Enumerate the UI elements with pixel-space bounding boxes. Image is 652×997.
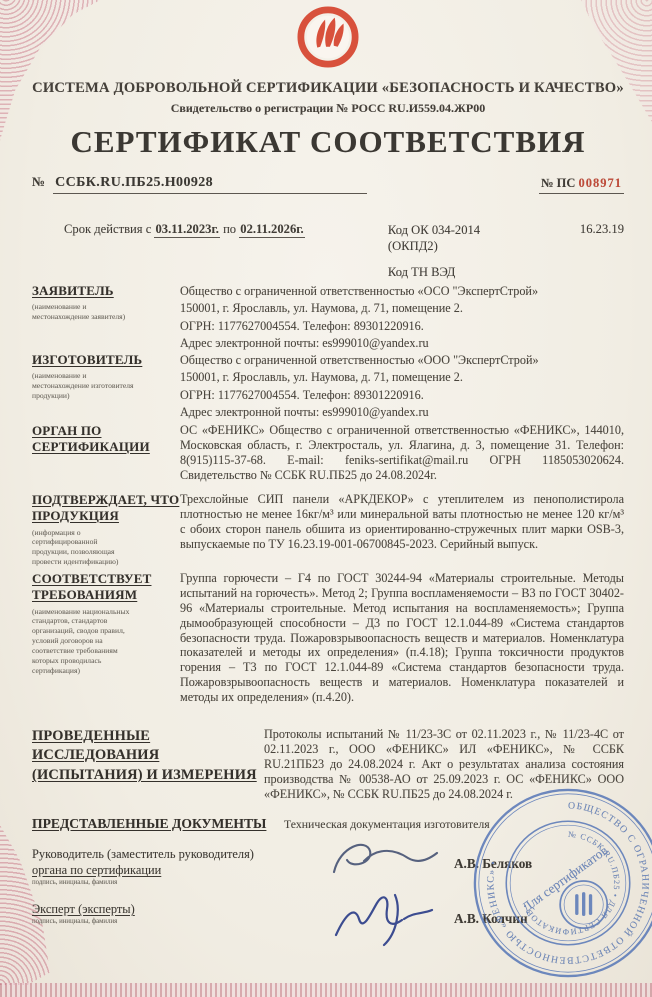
signatory-title-underlined: органа по сертификации xyxy=(32,862,324,878)
number-sign: № xyxy=(32,174,45,189)
page-title: СЕРТИФИКАТ СООТВЕТСТВИЯ xyxy=(32,124,624,160)
section-sublabel: (наименование и местонахождение заявител… xyxy=(32,302,136,322)
section-certification-body: ОРГАН ПО СЕРТИФИКАЦИИ ОС «ФЕНИКС» Общест… xyxy=(32,423,624,483)
signature-caption: подпись, инициалы, фамилия xyxy=(32,918,324,927)
certificate-number: ССБК.RU.ПБ25.Н00928 xyxy=(53,175,367,194)
section-label: СООТВЕТСТВУЕТ ТРЕБОВАНИЯМ xyxy=(32,571,180,604)
section-requirements: СООТВЕТСТВУЕТ ТРЕБОВАНИЯМ (наименование … xyxy=(32,571,624,705)
validity-mid: по xyxy=(223,222,236,236)
registration-line: Свидетельство о регистрации № РОСС RU.И5… xyxy=(32,101,624,116)
section-label: ЗАЯВИТЕЛЬ xyxy=(32,283,180,299)
blank-number-block: № ПС 008971 xyxy=(539,174,624,194)
signatory-title: Руководитель (заместитель руководителя) xyxy=(32,846,324,862)
signature-caption: подпись, инициалы, фамилия xyxy=(32,879,324,888)
validity-prefix: Срок действия с xyxy=(64,222,151,236)
certificate-number-block: №ССБК.RU.ПБ25.Н00928 xyxy=(32,173,367,194)
section-manufacturer: ИЗГОТОВИТЕЛЬ (наименование и местонахожд… xyxy=(32,352,624,421)
documents-text: Техническая документация изготовителя xyxy=(284,817,490,832)
section-label: ПОДТВЕРЖДАЕТ, ЧТО ПРОДУКЦИЯ xyxy=(32,492,180,525)
guilloche-bottom-strip xyxy=(0,983,652,997)
certificate-page: СИСТЕМА ДОБРОВОЛЬНОЙ СЕРТИФИКАЦИИ «БЕЗОП… xyxy=(0,0,652,997)
section-text: Трехслойные СИП панели «АРКДЕКОР» с утеп… xyxy=(180,492,624,567)
section-text: Общество с ограниченной ответственностью… xyxy=(180,352,624,421)
certification-system-title: СИСТЕМА ДОБРОВОЛЬНОЙ СЕРТИФИКАЦИИ «БЕЗОП… xyxy=(32,80,624,97)
date-to: 02.11.2026г. xyxy=(239,222,304,238)
section-label: ОРГАН ПО СЕРТИФИКАЦИИ xyxy=(32,423,180,456)
section-label: ПРОВЕДЕННЫЕ ИССЛЕДОВАНИЯ (ИСПЫТАНИЯ) И И… xyxy=(32,727,264,785)
section-text: Общество с ограниченной ответственностью… xyxy=(180,283,624,352)
blank-number-prefix: № ПС xyxy=(541,176,575,190)
validity-row: Срок действия с 03.11.2023г. по 02.11.20… xyxy=(32,222,624,280)
section-sublabel: (наименование и местонахождение изготови… xyxy=(32,371,136,401)
certificate-number-row: №ССБК.RU.ПБ25.Н00928 № ПС 008971 xyxy=(32,173,624,194)
section-applicant: ЗАЯВИТЕЛЬ (наименование и местонахождени… xyxy=(32,283,624,352)
section-text: Группа горючести – Г4 по ГОСТ 30244-94 «… xyxy=(180,571,624,705)
section-sublabel: (информация о сертифицированной продукци… xyxy=(32,528,136,567)
header-logo xyxy=(32,6,624,73)
okpd-code-label: Код ОК 034-2014 (ОКПД2) xyxy=(388,222,538,255)
documents-label: ПРЕДСТАВЛЕННЫЕ ДОКУМЕНТЫ xyxy=(32,816,284,832)
section-text: ОС «ФЕНИКС» Общество с ограниченной отве… xyxy=(180,423,624,483)
codes-block: Код ОК 034-2014 (ОКПД2) 16.23.19 Код ТН … xyxy=(388,222,624,280)
okpd-code-value: 16.23.19 xyxy=(538,222,624,255)
certification-stamp: ОБЩЕСТВО С ОГРАНИЧЕННОЙ ОТВЕТСТВЕННОСТЬЮ… xyxy=(470,785,652,981)
stamp-center-text: Для сертификатов xyxy=(519,843,610,915)
validity-period: Срок действия с 03.11.2023г. по 02.11.20… xyxy=(64,222,388,280)
blank-number: 008971 xyxy=(579,176,623,190)
section-sublabel: (наименование национальных стандартов, с… xyxy=(32,607,136,676)
head-signature-ink xyxy=(324,846,454,888)
flame-in-circle-icon xyxy=(297,6,359,68)
tnved-code-label: Код ТН ВЭД xyxy=(388,265,624,280)
section-product: ПОДТВЕРЖДАЕТ, ЧТО ПРОДУКЦИЯ (информация … xyxy=(32,492,624,567)
date-from: 03.11.2023г. xyxy=(154,222,219,238)
section-label: ИЗГОТОВИТЕЛЬ xyxy=(32,352,180,368)
expert-signature-ink xyxy=(324,901,454,927)
signatory-title-underlined: Эксперт (эксперты) xyxy=(32,901,324,917)
